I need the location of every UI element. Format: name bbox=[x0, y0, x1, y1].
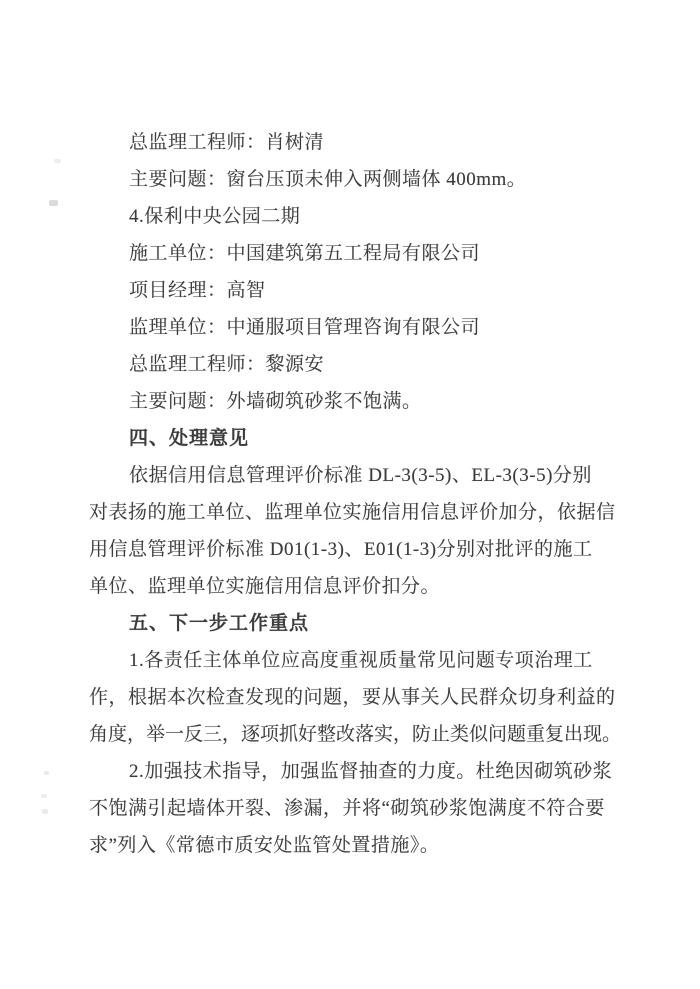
doc-line-item2-1: 2.加强技术指导，加强监督抽查的力度。杜绝因砌筑砂浆 bbox=[89, 753, 615, 790]
doc-line-item2-2: 不饱满引起墙体开裂、渗漏，并将“砌筑砂浆饱满度不符合要 bbox=[89, 790, 615, 827]
doc-line-item1-3: 角度，举一反三，逐项抓好整改落实，防止类似问题重复出现。 bbox=[89, 716, 615, 753]
doc-line-para-credit-1: 依据信用信息管理评价标准 DL-3(3-5)、EL-3(3-5)分别 bbox=[89, 457, 615, 494]
doc-line-construction-unit: 施工单位：中国建筑第五工程局有限公司 bbox=[89, 235, 615, 272]
scan-artifact bbox=[42, 809, 48, 814]
doc-line-item1-1: 1.各责任主体单位应高度重视质量常见问题专项治理工 bbox=[89, 642, 615, 679]
document-page: 总监理工程师：肖树清 主要问题：窗台压顶未伸入两侧墙体 400mm。 4.保利中… bbox=[0, 0, 700, 989]
scan-artifact bbox=[44, 771, 49, 775]
doc-line-main-problem-2: 主要问题：外墙砌筑砂浆不饱满。 bbox=[89, 383, 615, 420]
doc-line-item1-2: 作，根据本次检查发现的问题，要从事关人民群众切身利益的 bbox=[89, 679, 615, 716]
scan-artifact bbox=[49, 200, 58, 206]
document-text-block: 总监理工程师：肖树清 主要问题：窗台压顶未伸入两侧墙体 400mm。 4.保利中… bbox=[89, 124, 615, 864]
section-heading-5-next-steps: 五、下一步工作重点 bbox=[89, 605, 615, 642]
doc-line-project-manager: 项目经理：高智 bbox=[89, 272, 615, 309]
doc-line-para-credit-3: 用信息管理评价标准 D01(1-3)、E01(1-3)分别对批评的施工 bbox=[89, 531, 615, 568]
doc-line-para-credit-4: 单位、监理单位实施信用信息评价扣分。 bbox=[89, 568, 615, 605]
doc-line-supervision-unit: 监理单位：中通服项目管理咨询有限公司 bbox=[89, 309, 615, 346]
doc-line-project-4-title: 4.保利中央公园二期 bbox=[89, 198, 615, 235]
doc-line-chief-supervisor-1: 总监理工程师：肖树清 bbox=[89, 124, 615, 161]
doc-line-main-problem-1: 主要问题：窗台压顶未伸入两侧墙体 400mm。 bbox=[89, 161, 615, 198]
scan-artifact bbox=[41, 794, 47, 798]
doc-line-item2-3: 求”列入《常德市质安处监管处置措施》。 bbox=[89, 827, 615, 864]
scan-artifact bbox=[54, 159, 61, 163]
doc-line-chief-supervisor-2: 总监理工程师：黎源安 bbox=[89, 346, 615, 383]
section-heading-4-handling-opinions: 四、处理意见 bbox=[89, 420, 615, 457]
doc-line-para-credit-2: 对表扬的施工单位、监理单位实施信用信息评价加分，依据信 bbox=[89, 494, 615, 531]
